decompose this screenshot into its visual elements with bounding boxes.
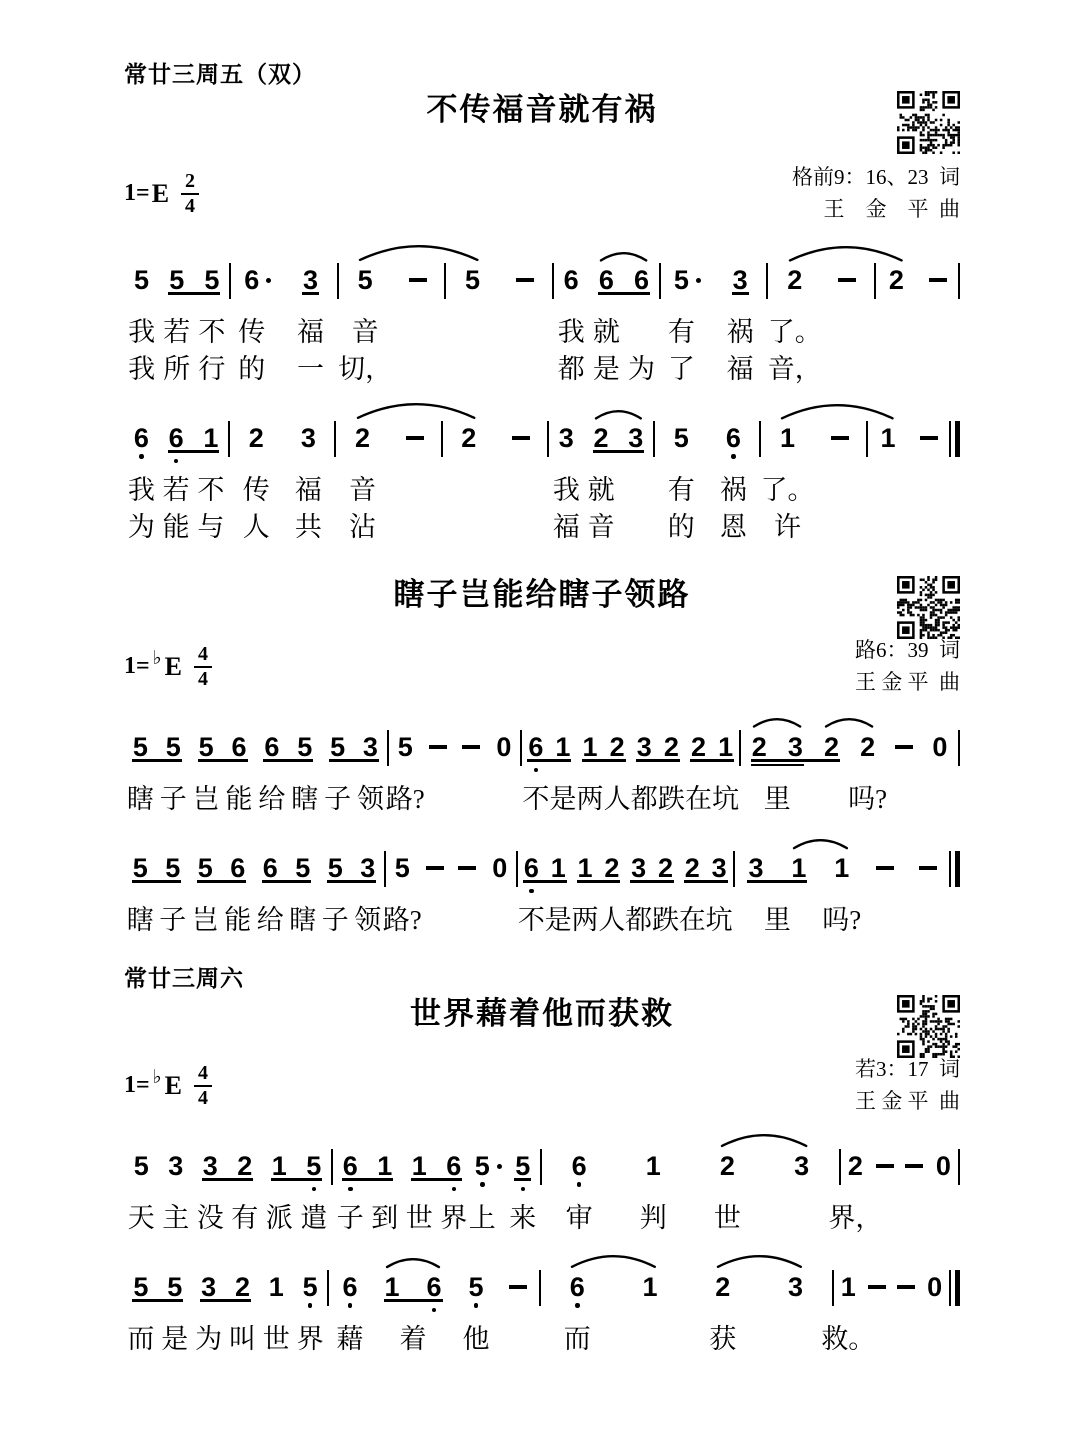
note: 5 bbox=[293, 1272, 327, 1302]
note: 2 bbox=[768, 265, 821, 295]
lyric-syllable: 里 bbox=[764, 903, 791, 937]
lyric-syllable: 在 bbox=[685, 782, 712, 816]
credits: 格前9：16、23 词王 金 平 曲 bbox=[792, 162, 960, 225]
music-line: 55563556665322我若不传福音我就有祸了。我所行的一切，都是为了福音， bbox=[124, 243, 960, 389]
lyric-syllable: 界 bbox=[297, 1322, 324, 1356]
lyric-syllable: 我 bbox=[128, 352, 155, 386]
song-title: 世界藉着他而获救 bbox=[410, 992, 674, 1036]
note: 6 bbox=[541, 1272, 614, 1302]
lyric-syllable: 子 bbox=[160, 782, 187, 816]
note: 5 bbox=[471, 1151, 506, 1181]
dash-note bbox=[870, 1151, 899, 1181]
key-tonic: E bbox=[165, 1071, 182, 1101]
dash-note bbox=[497, 1272, 539, 1302]
measure: 10 bbox=[834, 1272, 949, 1302]
rest-note: 0 bbox=[920, 1272, 949, 1302]
measure: 55566553 bbox=[124, 853, 384, 883]
lyric-syllable: 领 bbox=[354, 903, 381, 937]
note: 6 bbox=[554, 265, 589, 295]
note: 6 bbox=[223, 732, 256, 762]
lyric-syllable: 福 bbox=[295, 473, 322, 507]
note: 2 bbox=[336, 423, 388, 453]
slur-arc bbox=[594, 410, 643, 420]
barline bbox=[958, 1149, 960, 1185]
octave-dot bbox=[534, 768, 539, 773]
lyric-syllable: 了。 bbox=[760, 473, 814, 507]
octave-dot bbox=[731, 454, 736, 459]
lyric-syllable: 而 bbox=[564, 1322, 591, 1356]
slur-arc bbox=[792, 839, 849, 850]
note: 5 bbox=[158, 1272, 192, 1302]
underline-beam bbox=[636, 759, 680, 762]
notes-row: 55566553506112322123220 bbox=[124, 710, 960, 782]
meta-row: 1=E24格前9：16、23 词王 金 平 曲 bbox=[124, 162, 960, 225]
lyric-syllable: 跌 bbox=[658, 782, 685, 816]
lyric-syllable: 来 bbox=[509, 1201, 536, 1235]
note: 3 bbox=[765, 1151, 839, 1181]
slur-arc bbox=[824, 718, 874, 729]
lyric-syllable: 我 bbox=[558, 315, 585, 349]
note: 3 bbox=[284, 265, 337, 295]
lyric-syllable: 一 bbox=[297, 352, 324, 386]
measure: 6123 bbox=[542, 1151, 839, 1181]
underline-beam bbox=[198, 759, 248, 762]
measure: 2 bbox=[443, 423, 547, 453]
underline-beam bbox=[527, 759, 571, 762]
note: 6 bbox=[255, 732, 288, 762]
dash-note bbox=[422, 732, 455, 762]
underline-beam bbox=[132, 880, 182, 883]
octave-dot bbox=[174, 459, 179, 464]
lyric-syllable: 到 bbox=[371, 1201, 398, 1235]
underline-beam bbox=[684, 880, 728, 883]
dash-note bbox=[499, 265, 552, 295]
lyric-syllable: 我 bbox=[128, 315, 155, 349]
underline-beam bbox=[690, 759, 734, 762]
lyric-syllable: 两 bbox=[577, 782, 604, 816]
note: 5 bbox=[159, 265, 194, 295]
underline-beam bbox=[582, 759, 626, 762]
lyric-syllable: 子 bbox=[159, 903, 186, 937]
note: 2 bbox=[841, 1151, 870, 1181]
measure: 2 bbox=[336, 423, 440, 453]
measure: 50 bbox=[389, 732, 520, 762]
slur-arc bbox=[385, 1258, 441, 1269]
song-section: 常廿三周五（双）不传福音就有祸1=E24格前9：16、23 词王 金 平 曲55… bbox=[124, 56, 960, 547]
title-row: 瞎子岂能给瞎子领路 bbox=[124, 573, 960, 617]
key-signature: 1=♭E44 bbox=[124, 644, 212, 690]
lyric-syllable: 行 bbox=[198, 352, 225, 386]
key-signature: 1=E24 bbox=[124, 171, 199, 217]
measure: 53 bbox=[661, 265, 766, 295]
note: 1 bbox=[616, 1151, 690, 1181]
dash-note bbox=[886, 732, 922, 762]
lyric-syllable: 所 bbox=[163, 352, 190, 386]
measure: 323 bbox=[549, 423, 653, 453]
note: 5 bbox=[297, 1151, 332, 1181]
note: 1 bbox=[820, 853, 863, 883]
key-prefix: 1= bbox=[124, 653, 150, 680]
rest-note: 0 bbox=[922, 732, 958, 762]
note: 1 bbox=[545, 853, 572, 883]
measure: 23220 bbox=[741, 732, 958, 762]
note: 1 bbox=[614, 1272, 687, 1302]
lyric-row: 瞎子岂能给瞎子领路?不是两人都跌在坑里吗? bbox=[124, 903, 960, 940]
lyric-syllable: 音 bbox=[588, 510, 615, 544]
lyric-row: 我若不传福音我就有祸了。 bbox=[124, 315, 960, 352]
lyric-syllable: 世 bbox=[714, 1201, 741, 1235]
note: 3 bbox=[625, 853, 652, 883]
lyric-syllable: 藉 bbox=[337, 1322, 364, 1356]
qr-code-icon bbox=[897, 995, 960, 1058]
dash-note bbox=[906, 853, 949, 883]
augmentation-dot bbox=[497, 1164, 502, 1169]
lyric-syllable: 界， bbox=[828, 1201, 882, 1235]
octave-dot bbox=[480, 1182, 485, 1187]
augmentation-dot bbox=[266, 278, 271, 283]
lyric-syllable: 子 bbox=[337, 1201, 364, 1235]
slur-arc bbox=[720, 1134, 808, 1148]
lyric-syllable: 瞎 bbox=[291, 782, 318, 816]
credits: 若3：17 词王 金 平 曲 bbox=[855, 1054, 960, 1117]
measure: 1 bbox=[868, 423, 949, 453]
underline-beam bbox=[197, 880, 247, 883]
lyric-syllable: 他 bbox=[462, 1322, 489, 1356]
lyric-syllable: 天 bbox=[128, 1201, 155, 1235]
note: 5 bbox=[124, 853, 157, 883]
note: 2 bbox=[813, 732, 849, 762]
lyric-syllable: 有 bbox=[668, 315, 695, 349]
note: 2 bbox=[652, 853, 679, 883]
dash-note bbox=[863, 853, 906, 883]
note: 5 bbox=[157, 732, 190, 762]
lyric-syllable: 领 bbox=[357, 782, 384, 816]
octave-dot bbox=[312, 1187, 317, 1192]
note: 5 bbox=[506, 1151, 541, 1181]
octave-dot bbox=[577, 1182, 582, 1187]
lyric-syllable: 能 bbox=[224, 903, 251, 937]
lyric-syllable: 岂 bbox=[193, 782, 220, 816]
lyric-syllable: 共 bbox=[295, 510, 322, 544]
lyric-syllable: 为 bbox=[128, 510, 155, 544]
lyric-row: 天主没有派遣子到世界上来审判世界， bbox=[124, 1201, 960, 1238]
underline-beam bbox=[751, 759, 840, 762]
note: 3 bbox=[714, 265, 767, 295]
measure: 56 bbox=[655, 423, 759, 453]
lyric-syllable: 是 bbox=[161, 1322, 188, 1356]
lyric-syllable: 子 bbox=[322, 903, 349, 937]
lyric-syllable: 是 bbox=[549, 782, 576, 816]
dash-note bbox=[821, 265, 874, 295]
lyric-syllable: 遣 bbox=[300, 1201, 327, 1235]
underline-beam bbox=[132, 759, 182, 762]
note: 5 bbox=[386, 853, 419, 883]
underline-beam bbox=[262, 880, 312, 883]
music-line: 533215611655612320天主没有派遣子到世界上来审判世界， bbox=[124, 1129, 960, 1238]
measure: 5 bbox=[339, 265, 444, 295]
credit-composer: 王 金 平 曲 bbox=[855, 667, 960, 699]
slur-arc bbox=[780, 404, 895, 420]
measure: 55566553 bbox=[124, 732, 387, 762]
dash-note bbox=[451, 853, 484, 883]
key-prefix: 1= bbox=[124, 180, 150, 207]
octave-dot bbox=[139, 454, 144, 459]
section-label: 常廿三周六 bbox=[124, 960, 960, 990]
note: 5 bbox=[661, 265, 714, 295]
underline-beam bbox=[168, 450, 220, 453]
lyric-syllable: 人 bbox=[243, 510, 270, 544]
lyric-syllable: 若 bbox=[163, 473, 190, 507]
underline-beam bbox=[271, 1178, 323, 1181]
note: 2 bbox=[741, 732, 777, 762]
music-line: 555665535061123223311瞎子岂能给瞎子领路?不是两人都跌在坑里… bbox=[124, 831, 960, 940]
octave-dot bbox=[521, 1187, 526, 1192]
lyric-syllable: 是 bbox=[545, 903, 572, 937]
lyric-syllable: 都 bbox=[631, 782, 658, 816]
lyric-syllable: 两 bbox=[572, 903, 599, 937]
note: 6 bbox=[254, 853, 287, 883]
lyric-syllable: 世 bbox=[406, 1201, 433, 1235]
slur-arc bbox=[752, 718, 802, 729]
note: 5 bbox=[157, 853, 190, 883]
note: 2 bbox=[876, 265, 917, 295]
rest-note: 0 bbox=[929, 1151, 958, 1181]
credits: 路6：39 词王 金 平 曲 bbox=[855, 635, 960, 698]
lyric-syllable: 吗? bbox=[848, 782, 887, 816]
lyric-syllable: 在 bbox=[679, 903, 706, 937]
lyric-syllable: 瞎 bbox=[127, 903, 154, 937]
qr-code-icon bbox=[897, 91, 960, 154]
measure: 5 bbox=[446, 265, 551, 295]
note: 1 bbox=[262, 1151, 297, 1181]
note: 6 bbox=[707, 423, 759, 453]
note: 2 bbox=[228, 1151, 263, 1181]
meter-fraction: 44 bbox=[194, 644, 212, 690]
credit-lyricist: 路6：39 词 bbox=[855, 635, 960, 667]
underline-beam bbox=[384, 1299, 443, 1302]
final-barline bbox=[949, 421, 960, 457]
lyric-syllable: 吗? bbox=[822, 903, 861, 937]
note: 1 bbox=[868, 423, 909, 453]
title-row: 世界藉着他而获救 bbox=[124, 992, 960, 1036]
lyric-syllable: 福 bbox=[727, 352, 754, 386]
underline-beam bbox=[342, 1178, 394, 1181]
lyric-syllable: 祸 bbox=[720, 473, 747, 507]
lyric-syllable: 坑 bbox=[706, 903, 733, 937]
measure: 6123 bbox=[541, 1272, 832, 1302]
lyric-syllable: 为 bbox=[195, 1322, 222, 1356]
underline-beam bbox=[593, 450, 645, 453]
lyric-syllable: 瞎 bbox=[289, 903, 316, 937]
lyric-syllable: 不 bbox=[522, 782, 549, 816]
note: 1 bbox=[572, 853, 599, 883]
lyric-syllable: 获 bbox=[709, 1322, 736, 1356]
note: 3 bbox=[282, 423, 334, 453]
section-label: 常廿三周五（双） bbox=[124, 56, 960, 86]
dash-note bbox=[495, 423, 547, 453]
lyric-syllable: 是 bbox=[593, 352, 620, 386]
note: 3 bbox=[618, 423, 653, 453]
measure: 20 bbox=[841, 1151, 958, 1181]
credit-lyricist: 若3：17 词 bbox=[855, 1054, 960, 1086]
key-tonic: E bbox=[152, 179, 169, 209]
measure: 63 bbox=[231, 265, 336, 295]
note: 5 bbox=[446, 265, 499, 295]
final-barline bbox=[949, 851, 960, 887]
note: 5 bbox=[389, 732, 422, 762]
measure: 61123221 bbox=[522, 732, 739, 762]
lyric-row: 为能与人共沾福音的恩许 bbox=[124, 510, 960, 547]
note: 5 bbox=[194, 265, 229, 295]
dash-note bbox=[814, 423, 866, 453]
measure: 6165 bbox=[329, 1272, 539, 1302]
note: 2 bbox=[230, 423, 282, 453]
measure: 1 bbox=[761, 423, 865, 453]
credit-composer: 王 金 平 曲 bbox=[792, 194, 960, 226]
note: 6 bbox=[518, 853, 545, 883]
dash-note bbox=[899, 1151, 928, 1181]
note: 3 bbox=[192, 1272, 226, 1302]
note: 5 bbox=[190, 732, 223, 762]
note: 1 bbox=[834, 1272, 863, 1302]
note: 6 bbox=[124, 423, 159, 453]
lyric-syllable: 能 bbox=[163, 510, 190, 544]
lyric-syllable: 的 bbox=[238, 352, 265, 386]
lyric-syllable: 音， bbox=[768, 352, 822, 386]
slur-arc bbox=[716, 1255, 803, 1269]
lyric-syllable: 我 bbox=[128, 473, 155, 507]
qr-code-icon bbox=[897, 576, 960, 639]
dash-note bbox=[917, 265, 958, 295]
lyric-syllable: 有 bbox=[668, 473, 695, 507]
underline-beam bbox=[751, 764, 804, 767]
underline-beam bbox=[523, 880, 567, 883]
note: 5 bbox=[339, 265, 392, 295]
octave-dot bbox=[575, 1303, 580, 1308]
underline-beam bbox=[411, 1178, 463, 1181]
lyric-syllable: 救。 bbox=[821, 1322, 875, 1356]
lyric-syllable: 音 bbox=[352, 315, 379, 349]
slur-arc bbox=[788, 246, 904, 262]
note: 1 bbox=[368, 1151, 403, 1181]
lyric-syllable: 许 bbox=[774, 510, 801, 544]
measure: 553215 bbox=[124, 1272, 327, 1302]
note: 6 bbox=[333, 1151, 368, 1181]
lyric-syllable: 切， bbox=[338, 352, 392, 386]
notes-row: 533215611655612320 bbox=[124, 1129, 960, 1201]
note: 6 bbox=[589, 265, 624, 295]
meter-fraction: 24 bbox=[181, 171, 199, 217]
note: 6 bbox=[231, 265, 284, 295]
note: 2 bbox=[690, 1151, 764, 1181]
dash-note bbox=[863, 1272, 892, 1302]
notes-row: 555665535061123223311 bbox=[124, 831, 960, 903]
lyric-syllable: 若 bbox=[163, 315, 190, 349]
lyric-syllable: 岂 bbox=[192, 903, 219, 937]
note: 2 bbox=[679, 853, 706, 883]
dash-note bbox=[455, 732, 488, 762]
credit-composer: 王 金 平 曲 bbox=[855, 1086, 960, 1118]
note: 2 bbox=[226, 1272, 260, 1302]
note: 1 bbox=[761, 423, 813, 453]
lyric-syllable: 界 bbox=[440, 1201, 467, 1235]
underline-beam bbox=[200, 1299, 251, 1302]
measure: 50 bbox=[386, 853, 516, 883]
measure: 611655 bbox=[333, 1151, 540, 1181]
note: 6 bbox=[222, 853, 255, 883]
notes-row: 55563556665322 bbox=[124, 243, 960, 315]
note: 2 bbox=[584, 423, 619, 453]
note: 3 bbox=[631, 732, 658, 762]
lyric-syllable: 福 bbox=[553, 510, 580, 544]
underline-beam bbox=[630, 880, 674, 883]
dash-note bbox=[891, 1272, 920, 1302]
octave-dot bbox=[308, 1303, 313, 1308]
music-line: 55566553506112322123220瞎子岂能给瞎子领路?不是两人都跌在… bbox=[124, 710, 960, 819]
lyric-syllable: 瞎 bbox=[127, 782, 154, 816]
music-line: 66123223235611我若不传福音我就有祸了。为能与人共沾福音的恩许 bbox=[124, 401, 960, 547]
lyric-syllable: 子 bbox=[324, 782, 351, 816]
note: 5 bbox=[189, 853, 222, 883]
final-barline bbox=[949, 1270, 960, 1306]
lyric-syllable: 给 bbox=[257, 903, 284, 937]
dash-note bbox=[389, 423, 441, 453]
dash-note bbox=[419, 853, 452, 883]
underline-beam bbox=[514, 1178, 531, 1181]
note: 1 bbox=[371, 1272, 413, 1302]
note: 2 bbox=[443, 423, 495, 453]
lyric-syllable: 有 bbox=[231, 1201, 258, 1235]
octave-dot bbox=[474, 1303, 479, 1308]
lyric-row: 我若不传福音我就有祸了。 bbox=[124, 473, 960, 510]
underline-beam bbox=[263, 759, 313, 762]
lyric-syllable: 都 bbox=[558, 352, 585, 386]
note: 6 bbox=[542, 1151, 616, 1181]
note: 2 bbox=[604, 732, 631, 762]
key-signature: 1=♭E44 bbox=[124, 1063, 212, 1109]
measure: 555 bbox=[124, 265, 229, 295]
underline-beam bbox=[598, 292, 650, 295]
note: 5 bbox=[124, 265, 159, 295]
note: 5 bbox=[319, 853, 352, 883]
octave-dot bbox=[432, 1308, 437, 1313]
lyric-syllable: 人 bbox=[604, 782, 631, 816]
note: 2 bbox=[685, 732, 712, 762]
meter-denominator: 4 bbox=[198, 668, 208, 690]
lyric-syllable: 没 bbox=[197, 1201, 224, 1235]
note: 3 bbox=[159, 1151, 194, 1181]
lyric-syllable: 我 bbox=[553, 473, 580, 507]
lyric-syllable: 就 bbox=[593, 315, 620, 349]
lyric-syllable: 叫 bbox=[229, 1322, 256, 1356]
note: 1 bbox=[577, 732, 604, 762]
flat-sign: ♭ bbox=[153, 1066, 162, 1089]
measure: 311 bbox=[735, 853, 950, 883]
lyric-syllable: 就 bbox=[588, 473, 615, 507]
measure: 2 bbox=[768, 265, 873, 295]
rest-note: 0 bbox=[487, 732, 520, 762]
lyric-syllable: 不 bbox=[518, 903, 545, 937]
underline-beam bbox=[732, 292, 749, 295]
measure: 533215 bbox=[124, 1151, 331, 1181]
lyric-syllable: 坑 bbox=[712, 782, 739, 816]
barline bbox=[958, 263, 960, 299]
note: 6 bbox=[159, 423, 194, 453]
note: 1 bbox=[777, 853, 820, 883]
meta-row: 1=♭E44若3：17 词王 金 平 曲 bbox=[124, 1054, 960, 1117]
sheet-music-page: 常廿三周五（双）不传福音就有祸1=E24格前9：16、23 词王 金 平 曲55… bbox=[0, 0, 1084, 1435]
note: 2 bbox=[686, 1272, 759, 1302]
